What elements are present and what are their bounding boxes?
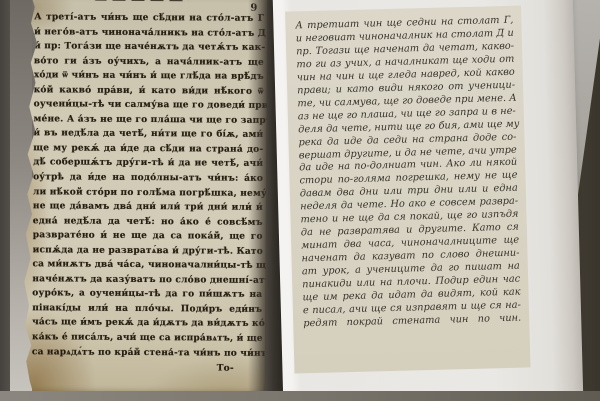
text-line: ча́съ ще и́мъ рекѫ́ да и́дѫтъ да ви́дѫтъ… (32, 316, 262, 332)
text-line: наче́нѫтъ да казу́ватъ по сло́во днешні́… (32, 272, 262, 288)
right-modern-page: А третиат чин ще седни на столат Г,и нег… (273, 0, 584, 401)
left-page-text: А треті́-атъ чи́нъ ще сѣ́дни на сто́л-ат… (32, 10, 265, 376)
text-line: ка́къ е́ писа́лъ, ачи́ ще са испра́вѧтъ,… (32, 330, 262, 346)
right-page-text-panel: А третиат чин ще седни на столат Г,и нег… (285, 5, 530, 373)
text-line: и́ него́в-атъ чинонача́лникъ на сто́л-ат… (34, 25, 264, 41)
text-line: и́ въ недѣ́ла да четѣ́, ни́ти ще го бі́ѫ… (33, 127, 263, 143)
right-page-text: А третиат чин ще седни на столат Г,и нег… (295, 15, 521, 331)
text-line: ли нѣ́кой сто́ри по голѣ́ма погрѣ́шка, н… (33, 185, 263, 201)
catchword: То- (32, 360, 262, 376)
text-line: во́то ги а́зъ оу́чихъ, а нача́лник-атъ щ… (34, 54, 264, 70)
text-line: испѫ́да да не развратѧ́ва и́ дру́ги-тѣ. … (33, 243, 263, 259)
text-line: са ми́нѫтъ два́ ча́са, чиноначални́цы-тѣ… (32, 258, 262, 274)
text-line: оу́трѣ да и́де на подо́лны-атъ чи́нъ: а́… (33, 170, 263, 186)
text-line: не ще да́вамъ два́ дни́ или́ три́ дни́ и… (33, 199, 263, 215)
text-line: са нарѧдѧ́тъ по кра́й стена́-та чи́нъ по… (32, 345, 262, 361)
table-surface (0, 391, 600, 401)
text-line: дѣ́ собершѫ́тъ дру́ги-тѣ и́ да не четѣ́,… (33, 156, 263, 172)
paper-edge-behind-left-page (10, 0, 32, 401)
text-line: и́ пр: Тога́зи ще наче́нѫтъ да четѫ́тъ к… (34, 39, 264, 55)
text-line: пінакі́ды или́ на пло́чы. Поди́ръ еди́нъ (32, 301, 262, 317)
text-line: оучени́цы-тѣ чи салму́ва ще го доведи́ п… (34, 98, 264, 114)
text-line: ме́не. А а́зъ не ще го пла́ша чи ще го з… (33, 112, 263, 128)
left-facsimile-page: 9 А треті́-атъ чи́нъ ще сѣ́дни на сто́л-… (19, 0, 268, 395)
text-line: А треті́-атъ чи́нъ ще сѣ́дни на сто́л-ат… (34, 10, 264, 26)
text-line: ко́й какво́ пра́ви, и́ като ви́ди нѣ́ког… (34, 83, 264, 99)
text-line: ще му рекѫ́ да и́де да сѣ́ди на страна́ … (33, 141, 263, 157)
text-line: разврате́но и́ не ще да са пока́й, ще го (33, 228, 263, 244)
header-ornament-remnant (93, 0, 189, 1)
book-photo: 9 А треті́-атъ чи́нъ ще сѣ́дни на сто́л-… (0, 0, 600, 401)
text-line: оуро́къ, а оучени́цы-тѣ да го пи́шѫтъ на (32, 287, 262, 303)
text-line: хо́ди ѿ чи́нъ на чи́нъ и́ ще глѣ́да на в… (34, 68, 264, 84)
text-line: една́ недѣ́ла да четѣ́: но а́ко е́ совсѣ… (33, 214, 263, 230)
